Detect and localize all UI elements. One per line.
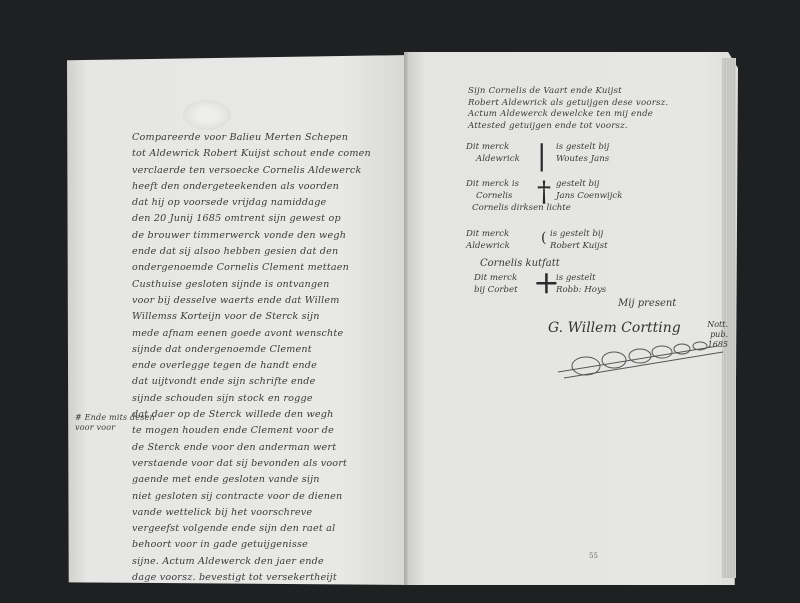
text-line: sijne. Actum Aldewerck den jaer ende [132,554,371,570]
text-line: Actum Aldewerck dewelcke ten mij ende [468,109,668,121]
text-line: voor bij desselve waerts ende dat Willem [132,293,371,309]
right-page-heading: Sijn Cornelis de Vaart ende Kuijst Rober… [468,86,668,132]
text-line: Aldewrick [466,240,510,252]
text-line: verclaerde ten versoecke Cornelis Aldewe… [132,163,371,179]
text-line: ende dat sij alsoo hebben gesien dat den [132,244,371,260]
text-line: gestelt bij [556,178,622,190]
text-line: Robert Aldewrick als getuijgen dese voor… [468,98,668,110]
text-line: Dit merck [466,228,510,240]
folio-number: 55 [589,552,598,560]
text-line: de brouwer timmerwerck vonde den wegh [132,228,371,244]
text-line: sijnde dat ondergenoemde Clement [132,342,371,358]
text-line: sijnde schouden sijn stock en rogge [132,391,371,407]
notary-signature: Mij present G. Willem Cortting Nott. pub… [548,298,728,388]
margin-note: # Ende mits desen voor voor [75,413,155,433]
margin-note-line: # Ende mits desen [75,413,155,423]
text-line: behoort voor in gade getuijgenisse [132,537,371,553]
text-line: Custhuise gesloten sijnde is ontvangen [132,277,371,293]
text-line: dage voorsz. bevestigt tot versekertheij… [132,570,371,586]
text-line: verstaende voor dat sij bevonden als voo… [132,456,371,472]
text-line: niet gesloten sij contracte voor de dien… [132,489,371,505]
text-line: tot Aldewrick Robert Kuijst schout ende … [132,146,371,162]
text-line: dat hij op voorsede vrijdag namiddage [132,195,371,211]
notary-title: Nott. pub. [688,320,728,340]
text-line: Dit merck [466,141,520,153]
text-line: vergeefst volgende ende sijn den raet al [132,521,371,537]
text-line: dat uijtvondt ende sijn schrifte ende [132,374,371,390]
text-line: Aldewrick [466,153,520,165]
margin-note-line: voor voor [75,423,155,433]
text-line: Jans Coenwijck [556,190,622,202]
text-line: den 20 Junij 1685 omtrent sijn gewest op [132,211,371,227]
cross-mark-icon: † [537,178,551,206]
text-line: te mogen houden ende Clement voor de [132,423,371,439]
text-line: Woutes Jans [556,153,609,165]
text-line: is gestelt bij [556,141,609,153]
text-line: Sijn Cornelis de Vaart ende Kuijst [468,86,668,98]
signature-flourish-icon [558,338,728,383]
text-line: Cornelis dirksen lichte [466,202,571,214]
text-line: dat daer op de Sterck willede den wegh [132,407,371,423]
text-line: Robert Kuijst [550,240,608,252]
left-page-text: Compareerde voor Balieu Merten Schepen t… [132,130,371,586]
witness-mark-1-left: Dit merck Aldewrick [466,141,520,165]
mark-symbol-icon: ( [541,224,546,252]
witness-mark-3-left: Dit merck Aldewrick [466,228,510,252]
text-line: heeft den ondergeteekenden als voorden [132,179,371,195]
text-line: Robb: Hoys [556,284,606,296]
text-line: is gestelt bij [550,228,608,240]
attest-text: Mij present [618,298,676,309]
text-line: de Sterck ende voor den anderman wert [132,440,371,456]
signature-name: G. Willem Cortting [548,320,681,336]
text-line: is gestelt [556,272,606,284]
witness-mark-2-right: gestelt bij Jans Coenwijck [556,178,622,202]
text-line: bij Corbet [474,284,518,296]
witness-mark-4-left: Dit merck bij Corbet [474,272,518,296]
paper-seal-mark [183,100,231,130]
witness-mark-4-right: is gestelt Robb: Hoys [556,272,606,296]
text-line: Compareerde voor Balieu Merten Schepen [132,130,371,146]
witness-mark-3-right: is gestelt bij Robert Kuijst [550,228,608,252]
text-line: mede afnam eenen goede avont wenschte [132,326,371,342]
text-line: ende overlegge tegen de handt ende [132,358,371,374]
witness-mark-1-right: is gestelt bij Woutes Jans [556,141,609,165]
cross-mark-icon: | [537,142,546,170]
text-line: vande wettelick bij het voorschreve [132,505,371,521]
text-line: gaende met ende gesloten vande sijn [132,472,371,488]
text-line: Dit merck [474,272,518,284]
text-line: Attested getuijgen ende tot voorsz. [468,121,668,133]
text-line: Willemss Korteijn voor de Sterck sijn [132,309,371,325]
text-line: ondergenoemde Cornelis Clement mettaen [132,260,371,276]
